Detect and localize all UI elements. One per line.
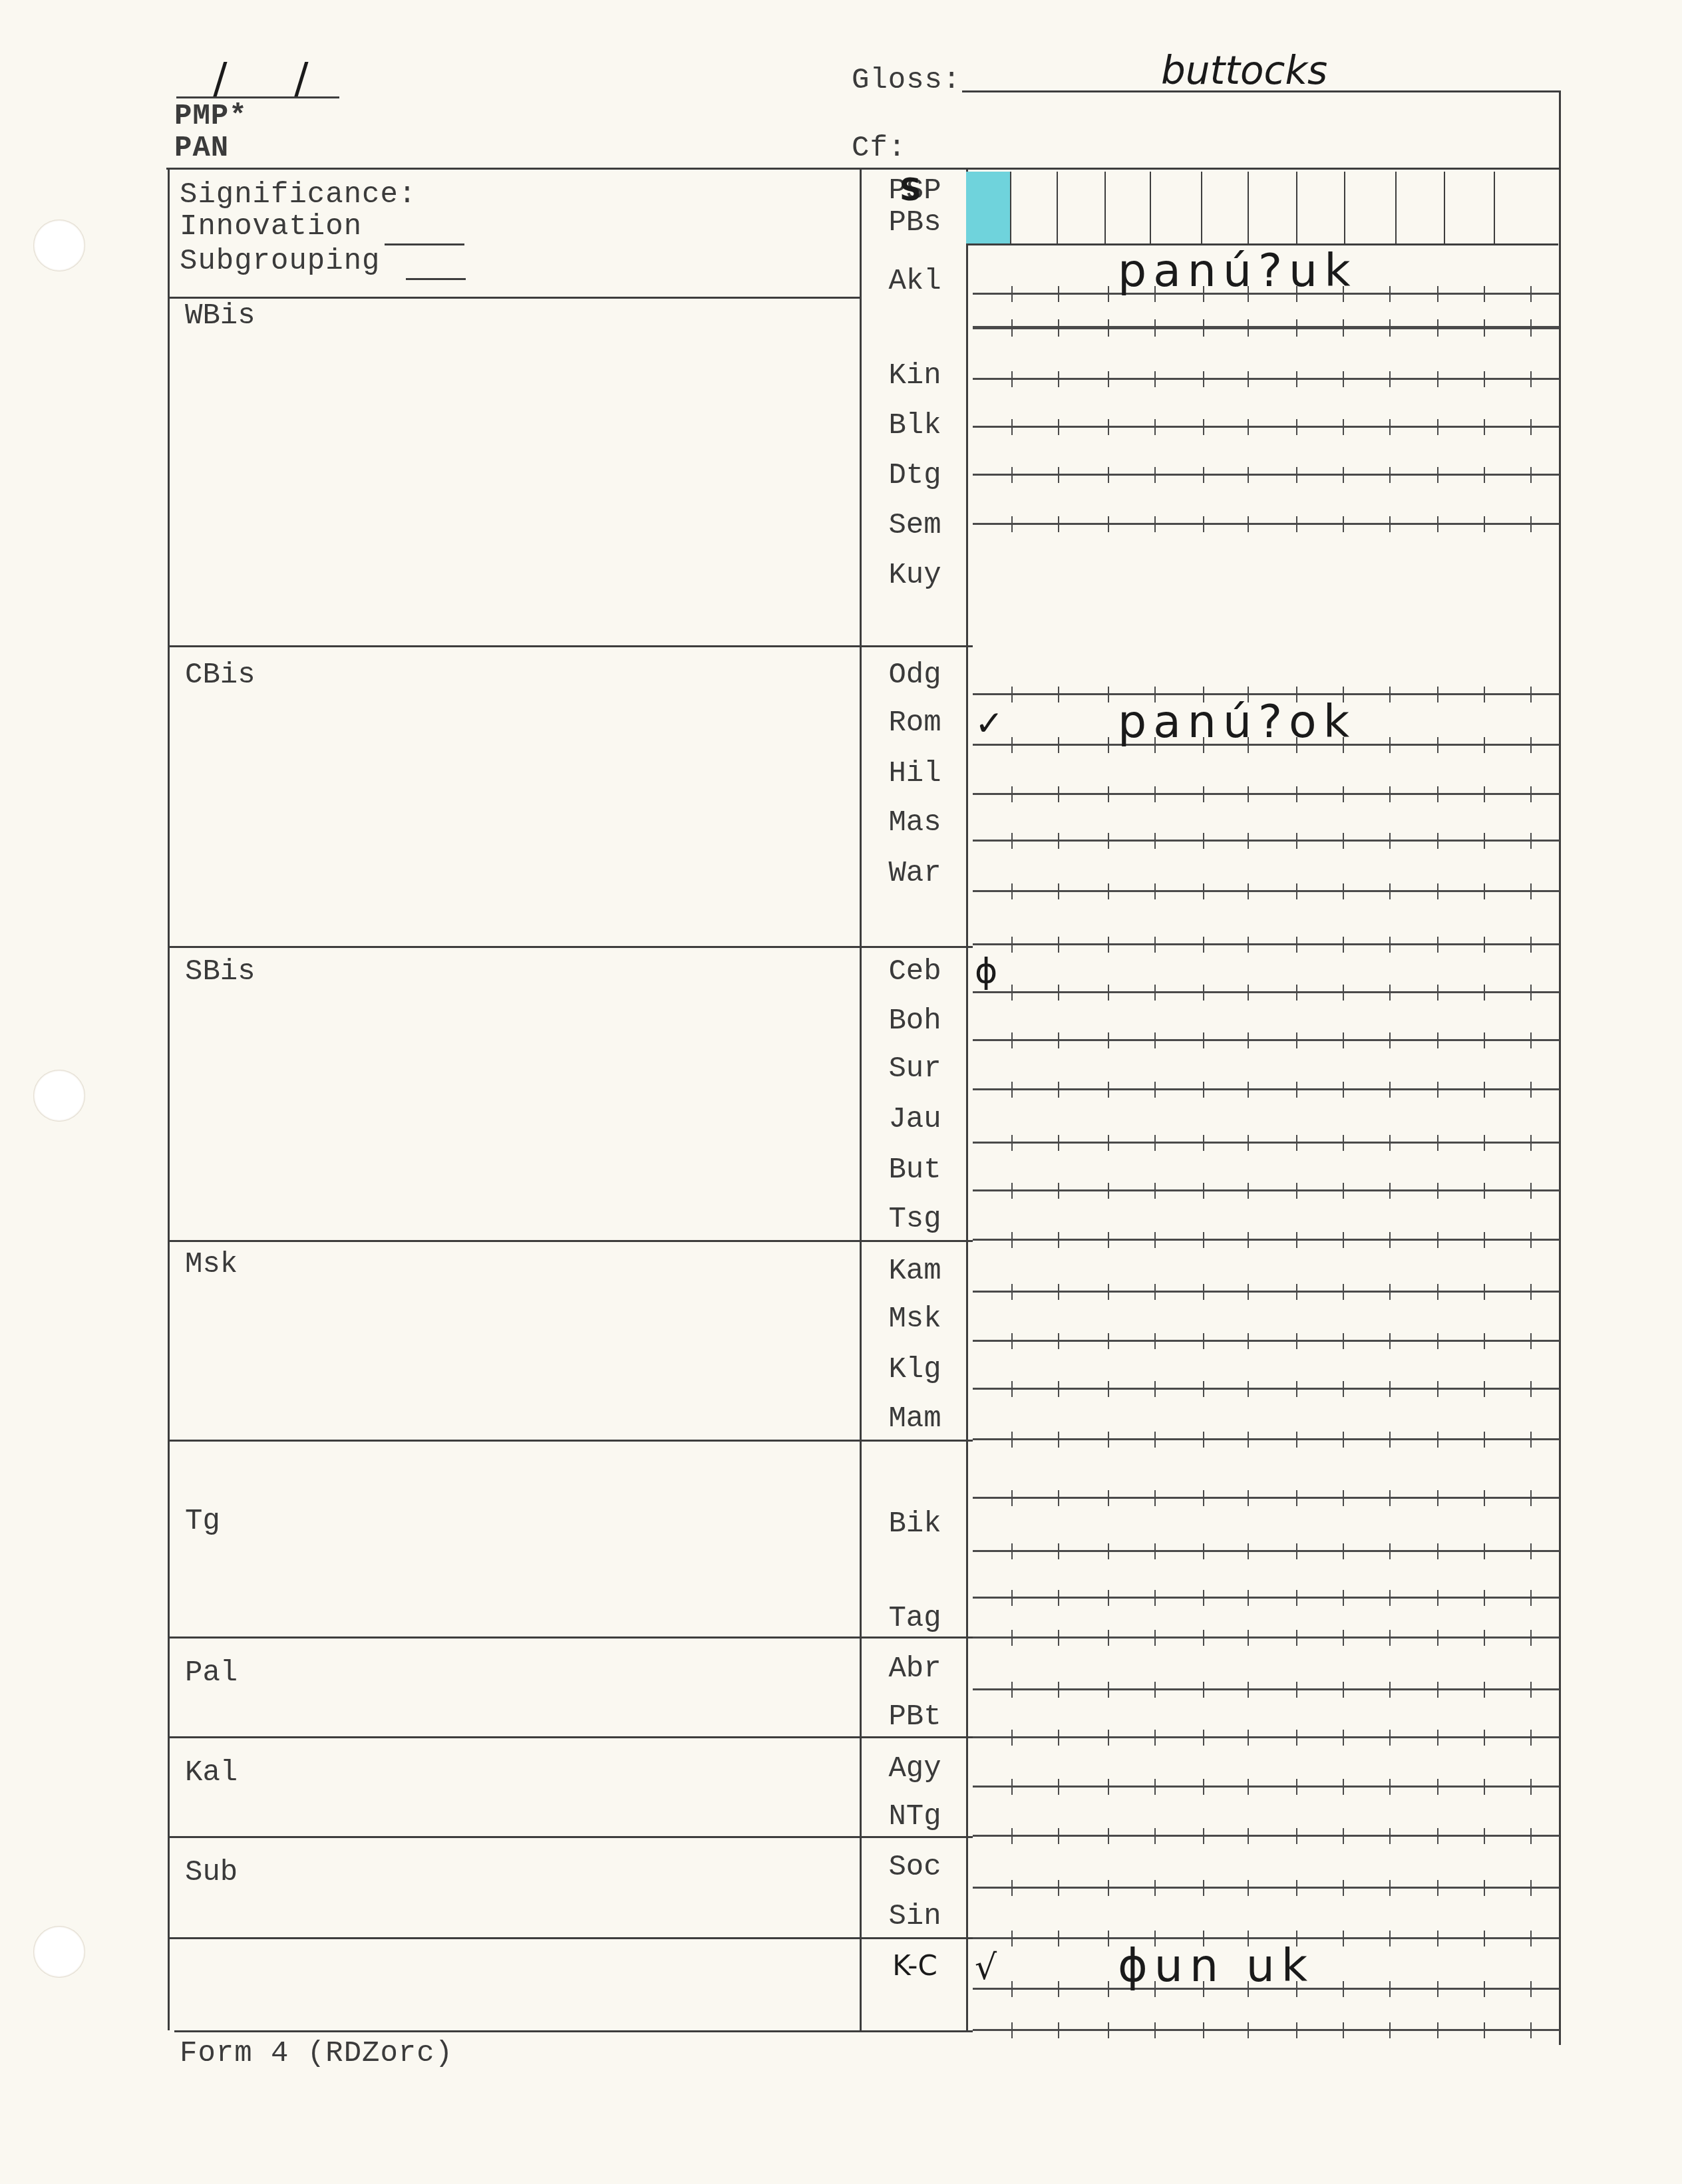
cognate-entry-rom[interactable]: panú?ok (1118, 696, 1356, 748)
tick-marks (0, 1543, 1682, 1559)
group-label-sbis: SBis (185, 955, 255, 989)
tick-marks (0, 516, 1682, 532)
tick-marks (0, 1828, 1682, 1844)
tick-marks (0, 419, 1682, 435)
psp-cell[interactable] (1344, 172, 1392, 245)
cf-label: Cf: (852, 132, 906, 165)
tick-marks (0, 1682, 1682, 1698)
tick-marks (0, 1630, 1682, 1646)
psp-overwrite-mark: S (900, 172, 922, 208)
language-code-ceb: Ceb (865, 955, 965, 989)
language-code-abr: Abr (865, 1652, 965, 1686)
language-code-soc: Soc (865, 1851, 965, 1884)
tick-marks (0, 1730, 1682, 1746)
tick-marks (0, 1490, 1682, 1506)
tick-marks (0, 467, 1682, 483)
gloss-value[interactable]: buttocks (1161, 48, 1327, 93)
tick-marks (0, 1082, 1682, 1098)
language-code-k-c: K-C (865, 1949, 965, 1982)
tick-marks (0, 1183, 1682, 1199)
tick-marks (0, 319, 1682, 335)
tick-marks (0, 1381, 1682, 1397)
tick-marks (0, 286, 1682, 302)
pmp-label: PMP* (174, 100, 248, 133)
language-code-pbt: PBt (865, 1700, 965, 1734)
language-code-sin: Sin (865, 1900, 965, 1933)
tick-marks (0, 1931, 1682, 1947)
subgrouping-blank[interactable] (406, 278, 466, 280)
tick-marks (0, 1284, 1682, 1300)
tick-marks (0, 1880, 1682, 1896)
psp-highlight-cell[interactable] (966, 172, 1010, 245)
tick-marks (0, 371, 1682, 387)
tick-marks (0, 1590, 1682, 1606)
divider-cbis (168, 645, 973, 647)
language-code-tsg: Tsg (865, 1203, 965, 1236)
language-code-msk: Msk (865, 1303, 965, 1336)
tick-marks (0, 1432, 1682, 1448)
lang-col-left (860, 168, 862, 2030)
form-label: Form 4 (RDZorc) (180, 2037, 453, 2070)
cognate-entry-k-c[interactable]: ϕun uk (1118, 1940, 1314, 1992)
psp-cell[interactable] (1248, 172, 1295, 245)
status-mark-k-c: √ (975, 1948, 997, 1988)
cognate-entry-akl[interactable]: panú?uk (1118, 245, 1357, 297)
language-code-mam: Mam (865, 1402, 965, 1436)
innovation-label: Innovation (180, 210, 362, 243)
tick-marks (0, 833, 1682, 849)
language-code-rom: Rom (865, 706, 965, 740)
pbs-label: PBs (865, 206, 965, 239)
tick-marks (0, 1981, 1682, 1997)
psp-cell[interactable] (1296, 172, 1344, 245)
status-mark-ceb: ϕ (975, 951, 997, 991)
language-code-but: But (865, 1154, 965, 1187)
status-mark-rom: ✓ (975, 704, 1004, 744)
psp-cell[interactable] (1444, 172, 1492, 245)
language-code-jau: Jau (865, 1103, 965, 1136)
psp-cell[interactable] (1150, 172, 1198, 245)
tick-marks (0, 1232, 1682, 1248)
pan-label: PAN (174, 132, 229, 165)
tick-marks (0, 1779, 1682, 1795)
frame-top (166, 168, 1561, 170)
tick-marks (0, 1135, 1682, 1151)
group-label-msk: Msk (185, 1248, 238, 1281)
significance-title: Significance: (180, 178, 417, 212)
language-code-sur: Sur (865, 1052, 965, 1086)
psp-cell[interactable] (1201, 172, 1249, 245)
frame-left (168, 168, 170, 2030)
tick-marks (0, 786, 1682, 802)
psp-cell[interactable] (1395, 172, 1443, 245)
tick-marks (0, 2022, 1682, 2038)
binder-hole-top (33, 220, 85, 271)
psp-cell[interactable] (1057, 172, 1104, 245)
language-code-kam: Kam (865, 1255, 965, 1288)
psp-cell[interactable] (1104, 172, 1152, 245)
tick-marks (0, 687, 1682, 702)
tick-marks (0, 985, 1682, 1001)
date-underline (176, 96, 339, 98)
gloss-label: Gloss: (852, 64, 961, 97)
innovation-blank[interactable] (385, 243, 464, 245)
group-label-tg: Tg (185, 1505, 220, 1538)
psp-cell[interactable] (1010, 172, 1058, 245)
subgrouping-label: Subgrouping (180, 245, 380, 278)
tick-marks (0, 883, 1682, 899)
tick-marks (0, 937, 1682, 953)
tick-marks (0, 737, 1682, 753)
lang-col-right (966, 168, 968, 2030)
language-code-kuy: Kuy (865, 559, 965, 592)
language-code-hil: Hil (865, 757, 965, 790)
tick-marks (0, 1032, 1682, 1048)
psp-cell[interactable] (1494, 172, 1542, 245)
tick-marks (0, 1333, 1682, 1349)
language-code-bik: Bik (865, 1507, 965, 1541)
